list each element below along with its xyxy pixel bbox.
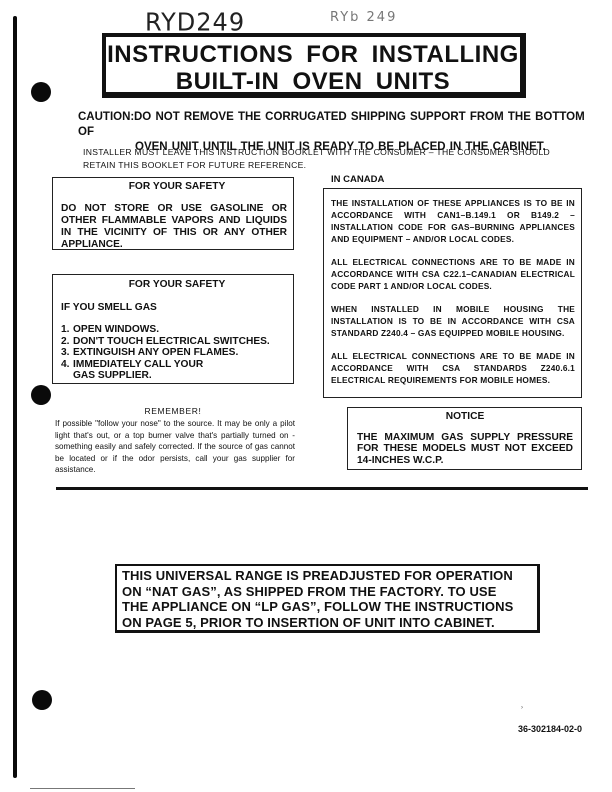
step-item: 4.IMMEDIATELY CALL YOUR GAS SUPPLIER. [61,359,293,382]
gas-smell-steps: 1.OPEN WINDOWS. 2.DON'T TOUCH ELECTRICAL… [61,324,293,382]
gas-smell-subheading: IF YOU SMELL GAS [61,302,293,314]
caution-line-1: DO NOT REMOVE THE CORRUGATED SHIPPING SU… [78,111,585,138]
canada-requirements-box: THE INSTALLATION OF THESE APPLIANCES IS … [323,188,582,398]
step-number: 3. [61,347,73,359]
punch-hole [31,385,51,405]
scan-artifact [30,788,135,789]
document-number: 36-302184-02-0 [518,724,582,734]
step-text: OPEN WINDOWS. [73,324,159,336]
installer-note: INSTALLER MUST LEAVE THIS INSTRUCTION BO… [83,146,603,172]
step-item: 3.EXTINGUISH ANY OPEN FLAMES. [61,347,293,359]
gas-conversion-notice: THIS UNIVERSAL RANGE IS PREADJUSTED FOR … [115,564,540,633]
title-line-1: INSTRUCTIONS FOR INSTALLING [106,41,520,68]
canada-paragraph: ALL ELECTRICAL CONNECTIONS ARE TO BE MAD… [331,350,575,386]
section-divider [56,487,588,490]
title-line-2: BUILT-IN OVEN UNITS [106,68,520,95]
remember-body: If possible "follow your nose" to the so… [55,418,295,476]
handwritten-model-note: RYb 249 [330,10,397,25]
safety-box-body: DO NOT STORE OR USE GASOLINE OR OTHER FL… [61,203,287,251]
binding-edge [13,16,17,778]
step-item: 1.OPEN WINDOWS. [61,324,293,336]
installer-note-line-1: INSTALLER MUST LEAVE THIS INSTRUCTION BO… [83,146,603,159]
safety-box-heading: FOR YOUR SAFETY [61,279,293,291]
step-number: 2. [61,336,73,348]
safety-box-gas-smell: FOR YOUR SAFETY IF YOU SMELL GAS 1.OPEN … [52,274,294,384]
safety-box-heading: FOR YOUR SAFETY [61,181,293,193]
step-text: DON'T TOUCH ELECTRICAL SWITCHES. [73,336,270,348]
range-notice-line: ON “NAT GAS”, AS SHIPPED FROM THE FACTOR… [122,584,537,600]
notice-body: THE MAXIMUM GAS SUPPLY PRESSURE FOR THES… [357,432,573,467]
step-text: EXTINGUISH ANY OPEN FLAMES. [73,347,238,359]
notice-heading: NOTICE [357,411,573,423]
canada-paragraph: WHEN INSTALLED IN MOBILE HOUSING THE INS… [331,303,575,339]
range-notice-line: THE APPLIANCE ON “LP GAS”, FOLLOW THE IN… [122,599,537,615]
punch-hole [31,82,51,102]
scan-speck: › [521,705,523,711]
page-title: INSTRUCTIONS FOR INSTALLING BUILT-IN OVE… [102,33,526,98]
step-text: IMMEDIATELY CALL YOUR GAS SUPPLIER. [73,359,223,382]
remember-heading: REMEMBER! [52,406,294,416]
safety-box-flammables: FOR YOUR SAFETY DO NOT STORE OR USE GASO… [52,177,294,250]
step-item: 2.DON'T TOUCH ELECTRICAL SWITCHES. [61,336,293,348]
canada-label: IN CANADA [331,174,384,185]
step-number: 1. [61,324,73,336]
canada-paragraph: ALL ELECTRICAL CONNECTIONS ARE TO BE MAD… [331,256,575,292]
installer-note-line-2: RETAIN THIS BOOKLET FOR FUTURE REFERENCE… [83,159,603,172]
pressure-notice-box: NOTICE THE MAXIMUM GAS SUPPLY PRESSURE F… [347,407,582,470]
range-notice-line: ON PAGE 5, PRIOR TO INSERTION OF UNIT IN… [122,615,537,631]
range-notice-line: THIS UNIVERSAL RANGE IS PREADJUSTED FOR … [122,568,537,584]
caution-label: CAUTION: [78,110,134,125]
step-number: 4. [61,359,73,382]
canada-paragraph: THE INSTALLATION OF THESE APPLIANCES IS … [331,197,575,245]
punch-hole [32,690,52,710]
